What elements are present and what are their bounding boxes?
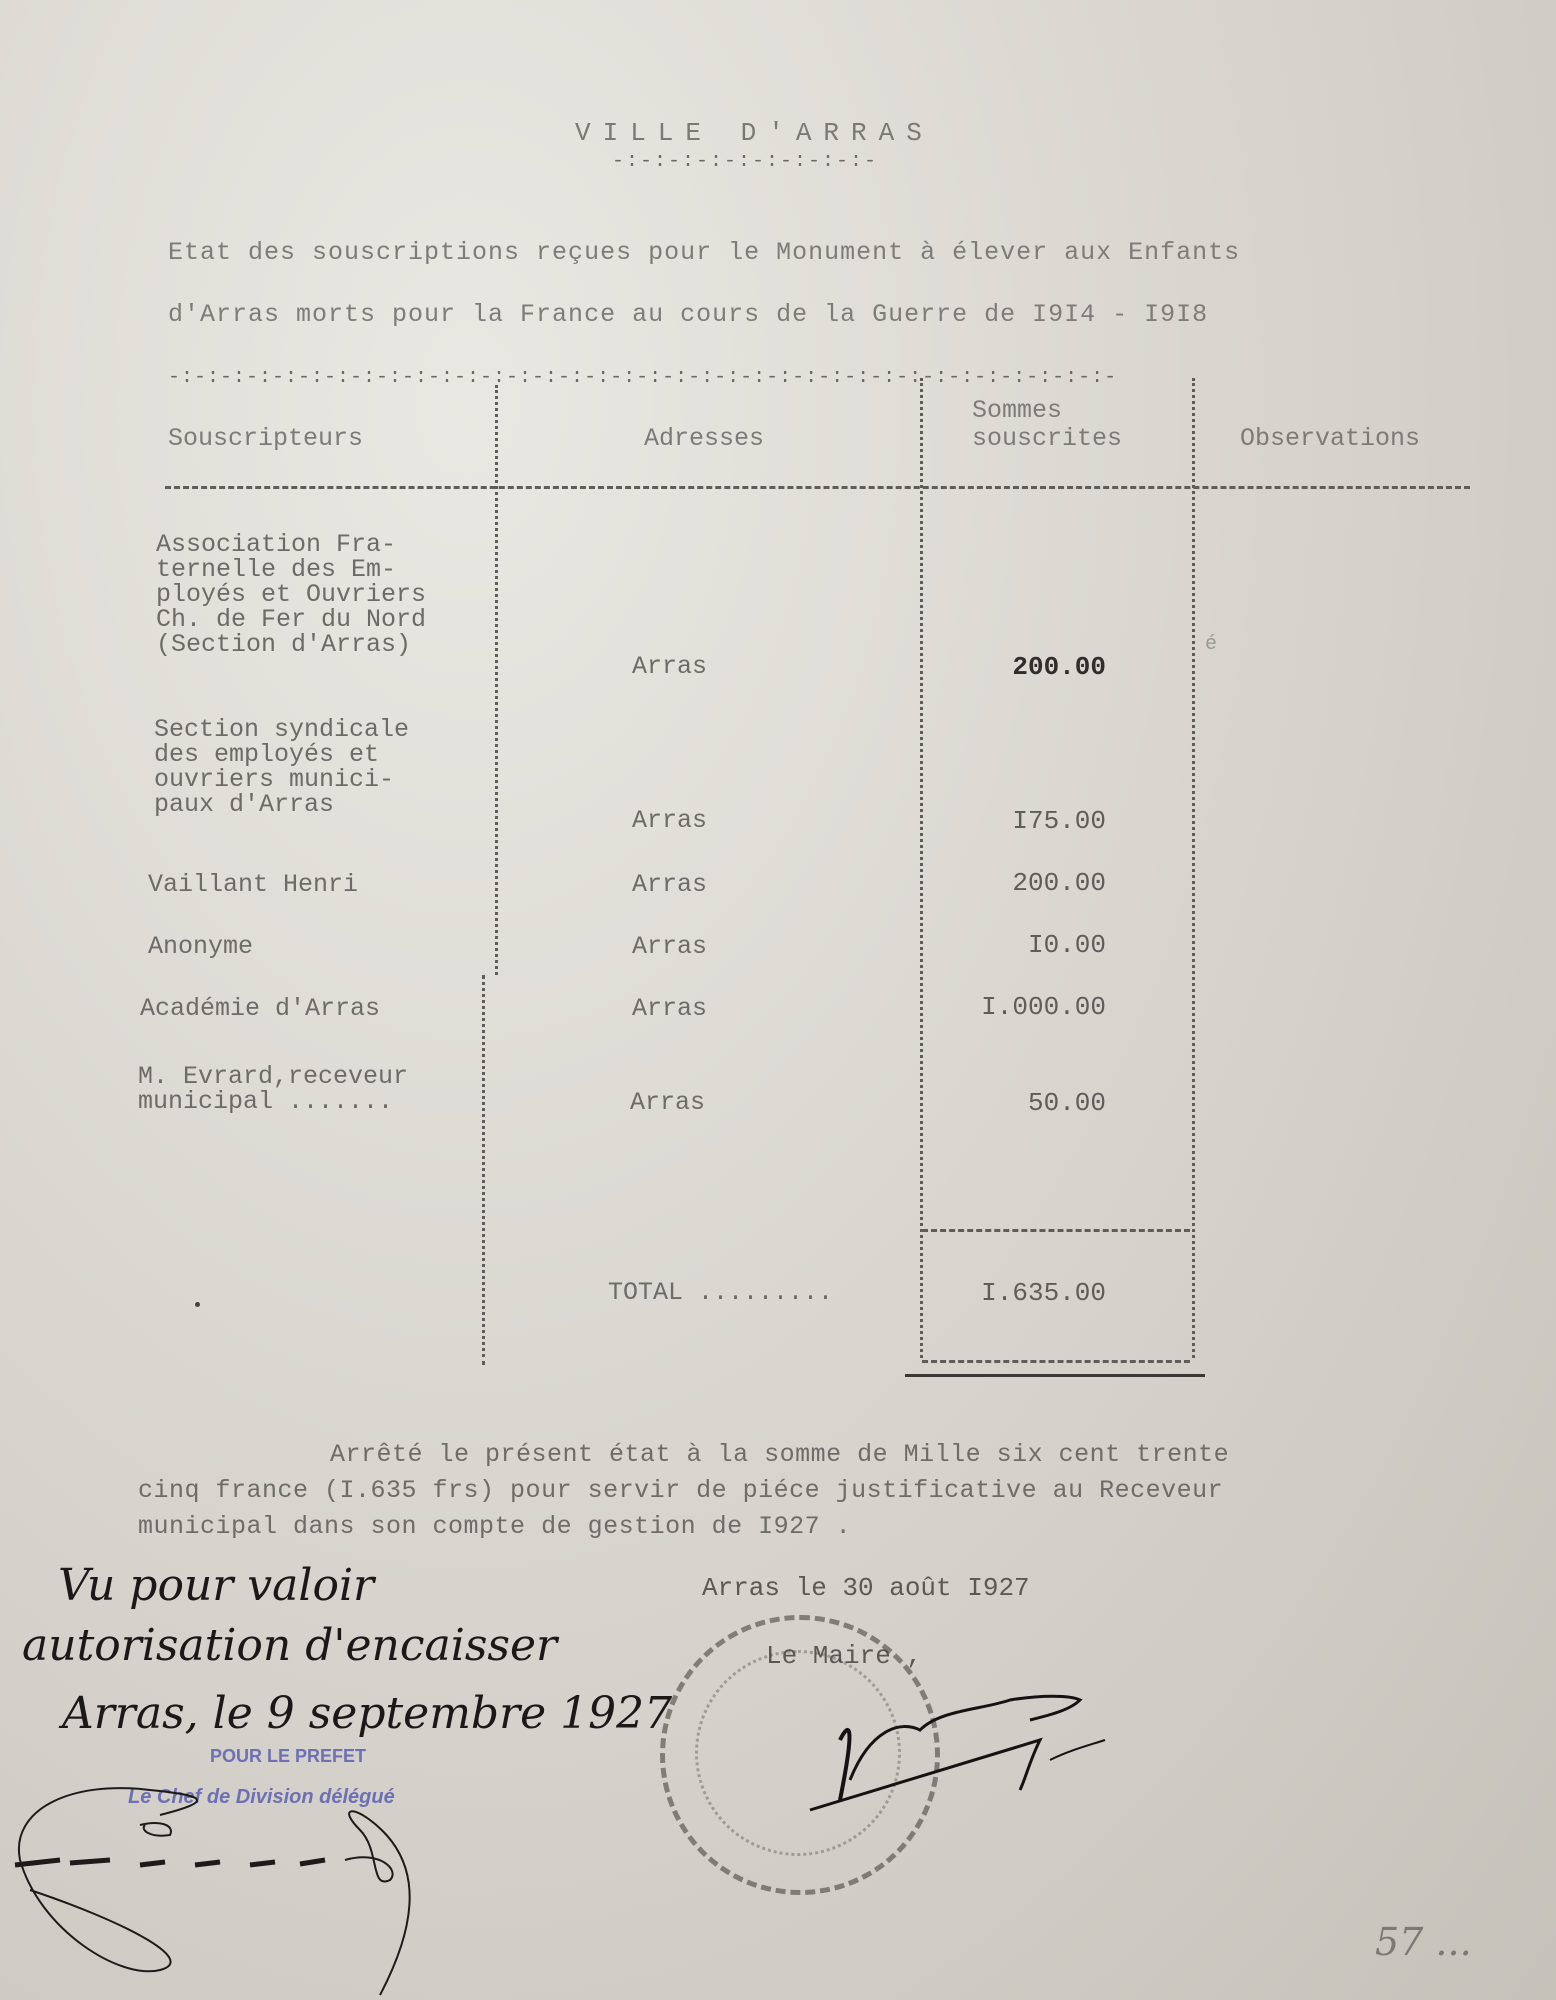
column-header-amounts-line2: souscrites bbox=[972, 424, 1122, 453]
row-1-address: Arras bbox=[632, 654, 707, 679]
ink-dot bbox=[195, 1302, 200, 1307]
row-5-amount: I.000.00 bbox=[896, 992, 1106, 1022]
row-4-subscriber: Anonyme bbox=[148, 934, 253, 959]
column-header-amounts-line1: Sommes bbox=[972, 396, 1062, 425]
total-label: TOTAL ......... bbox=[608, 1280, 833, 1305]
row-5-address: Arras bbox=[632, 996, 707, 1021]
row-1-amount: 200.00 bbox=[896, 652, 1106, 682]
mayor-signature-icon bbox=[780, 1670, 1120, 1820]
row-6-subscriber: M. Evrard,receveur municipal ....... bbox=[138, 1064, 408, 1114]
intro-line-2: d'Arras morts pour la France au cours de… bbox=[168, 300, 1208, 329]
table-top-rule: -:-:-:-:-:-:-:-:-:-:-:-:-:-:-:-:-:-:-:-:… bbox=[168, 366, 1117, 389]
title-rule: -:-:-:-:-:-:-:-:-:- bbox=[612, 150, 878, 173]
document-title: VILLE D'ARRAS bbox=[575, 118, 934, 148]
prefect-stamp-line-1: POUR LE PREFET bbox=[210, 1746, 366, 1767]
row-6-address: Arras bbox=[630, 1090, 705, 1115]
document-page: VILLE D'ARRAS -:-:-:-:-:-:-:-:-:- Etat d… bbox=[0, 0, 1556, 2000]
row-5-subscriber: Académie d'Arras bbox=[140, 996, 380, 1021]
row-1-observation: é bbox=[1205, 632, 1217, 657]
closing-line-2: cinq france (I.635 frs) pour servir de p… bbox=[138, 1476, 1223, 1505]
total-rule-top bbox=[922, 1229, 1190, 1232]
total-rule-bottom bbox=[922, 1360, 1190, 1363]
row-1-subscriber: Association Fra- ternelle des Em- ployés… bbox=[156, 532, 426, 657]
column-header-subscribers: Souscripteurs bbox=[168, 424, 363, 453]
column-separator-1 bbox=[495, 385, 498, 975]
total-amount: I.635.00 bbox=[896, 1278, 1106, 1308]
column-header-addresses: Adresses bbox=[644, 424, 764, 453]
header-underline bbox=[165, 486, 1470, 489]
handwritten-note-line-1: Vu pour valoir bbox=[58, 1560, 374, 1611]
place-date: Arras le 30 août I927 bbox=[702, 1576, 1030, 1601]
row-4-amount: I0.00 bbox=[896, 930, 1106, 960]
row-2-amount: I75.00 bbox=[896, 806, 1106, 836]
row-3-address: Arras bbox=[632, 872, 707, 897]
row-6-amount: 50.00 bbox=[896, 1088, 1106, 1118]
margin-annotation: 57 ... bbox=[1375, 1920, 1472, 1964]
column-separator-3 bbox=[1192, 378, 1195, 1358]
row-2-address: Arras bbox=[632, 808, 707, 833]
intro-line-1: Etat des souscriptions reçues pour le Mo… bbox=[168, 238, 1240, 267]
column-header-observations: Observations bbox=[1240, 424, 1420, 453]
closing-line-3: municipal dans son compte de gestion de … bbox=[138, 1512, 851, 1541]
row-2-subscriber: Section syndicale des employés et ouvrie… bbox=[154, 717, 409, 817]
closing-line-1: Arrêté le présent état à la somme de Mil… bbox=[330, 1440, 1229, 1469]
column-separator-1-lower bbox=[482, 975, 485, 1365]
row-3-amount: 200.00 bbox=[896, 868, 1106, 898]
handwritten-note-line-2: autorisation d'encaisser bbox=[22, 1620, 557, 1671]
handwritten-note-line-3: Arras, le 9 septembre 1927 bbox=[62, 1688, 672, 1739]
row-4-address: Arras bbox=[632, 934, 707, 959]
total-underline bbox=[905, 1374, 1205, 1377]
row-3-subscriber: Vaillant Henri bbox=[148, 872, 358, 897]
prefect-signature-icon bbox=[0, 1770, 640, 2000]
